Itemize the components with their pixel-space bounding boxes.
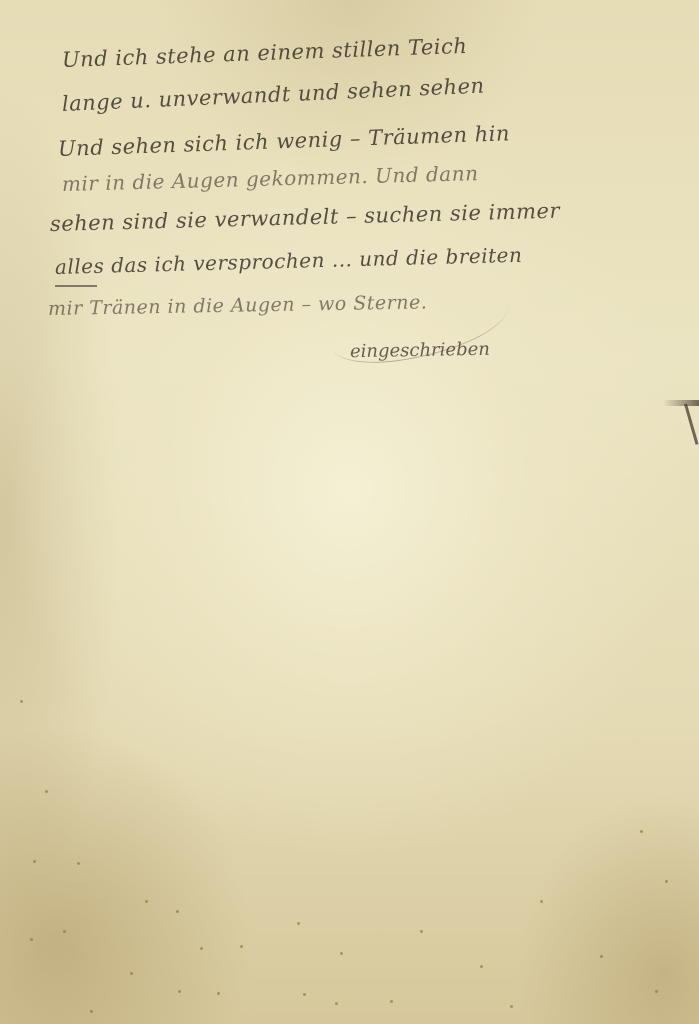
foxing-speck bbox=[176, 910, 179, 913]
foxing-speck bbox=[145, 900, 148, 903]
foxing-speck bbox=[390, 1000, 393, 1003]
foxing-speck bbox=[90, 1010, 93, 1013]
foxing-speck bbox=[178, 990, 181, 993]
foxing-speck bbox=[297, 922, 300, 925]
strikethrough-mark bbox=[55, 285, 97, 287]
foxing-speck bbox=[33, 860, 36, 863]
foxing-speck bbox=[655, 990, 658, 993]
foxing-speck bbox=[600, 955, 603, 958]
foxing-speck bbox=[335, 1002, 338, 1005]
foxing-speck bbox=[510, 1005, 513, 1008]
manuscript-line-6: alles das ich versprochen ... und die br… bbox=[55, 243, 523, 279]
foxing-speck bbox=[217, 992, 220, 995]
foxing-speck bbox=[30, 938, 33, 941]
foxing-speck bbox=[665, 880, 668, 883]
foxing-speck bbox=[63, 930, 66, 933]
foxing-speck bbox=[45, 790, 48, 793]
signature: eingeschrieben bbox=[350, 339, 490, 362]
foxing-speck bbox=[77, 862, 80, 865]
manuscript-line-5: sehen sind sie verwandelt – suchen sie i… bbox=[50, 199, 561, 236]
foxing-speck bbox=[240, 945, 243, 948]
foxing-speck bbox=[200, 947, 203, 950]
foxing-speck bbox=[480, 965, 483, 968]
foxing-speck bbox=[340, 952, 343, 955]
foxing-speck bbox=[130, 972, 133, 975]
manuscript-line-1: Und ich stehe an einem stillen Teich bbox=[62, 34, 468, 72]
edge-mark bbox=[663, 400, 699, 406]
manuscript-line-4: mir in die Augen gekommen. Und dann bbox=[62, 161, 479, 196]
manuscript-page: Und ich stehe an einem stillen Teich lan… bbox=[0, 0, 699, 1024]
foxing-speck bbox=[420, 930, 423, 933]
manuscript-line-3: Und sehen sich ich wenig – Träumen hin bbox=[58, 121, 511, 161]
manuscript-line-2: lange u. unverwandt und sehen sehen bbox=[61, 74, 485, 116]
foxing-speck bbox=[540, 900, 543, 903]
edge-mark-tail bbox=[684, 404, 698, 445]
foxing-speck bbox=[20, 700, 23, 703]
foxing-speck bbox=[303, 993, 306, 996]
foxing-speck bbox=[640, 830, 643, 833]
